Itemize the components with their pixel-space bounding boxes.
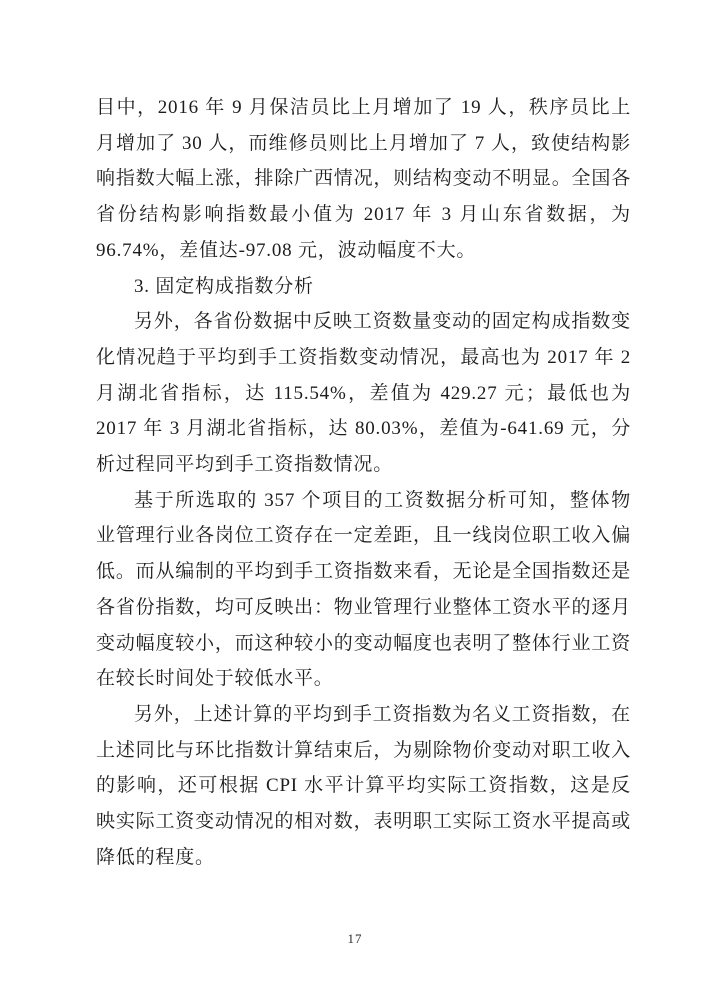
document-body: 目中，2016 年 9 月保洁员比上月增加了 19 人，秩序员比上月增加了 30… (96, 90, 631, 875)
document-page: 目中，2016 年 9 月保洁员比上月增加了 19 人，秩序员比上月增加了 30… (0, 0, 710, 1003)
paragraph: 基于所选取的 357 个项目的工资数据分析可知，整体物业管理行业各岗位工资存在一… (96, 483, 631, 697)
paragraph: 另外，各省份数据中反映工资数量变动的固定构成指数变化情况趋于平均到手工资指数变动… (96, 304, 631, 483)
paragraph-continuation: 目中，2016 年 9 月保洁员比上月增加了 19 人，秩序员比上月增加了 30… (96, 90, 631, 269)
page-number: 17 (348, 931, 363, 946)
section-heading: 3. 固定构成指数分析 (96, 269, 631, 305)
page-footer: 17 (0, 931, 710, 947)
paragraph: 另外，上述计算的平均到手工资指数为名义工资指数，在上述同比与环比指数计算结束后，… (96, 697, 631, 876)
